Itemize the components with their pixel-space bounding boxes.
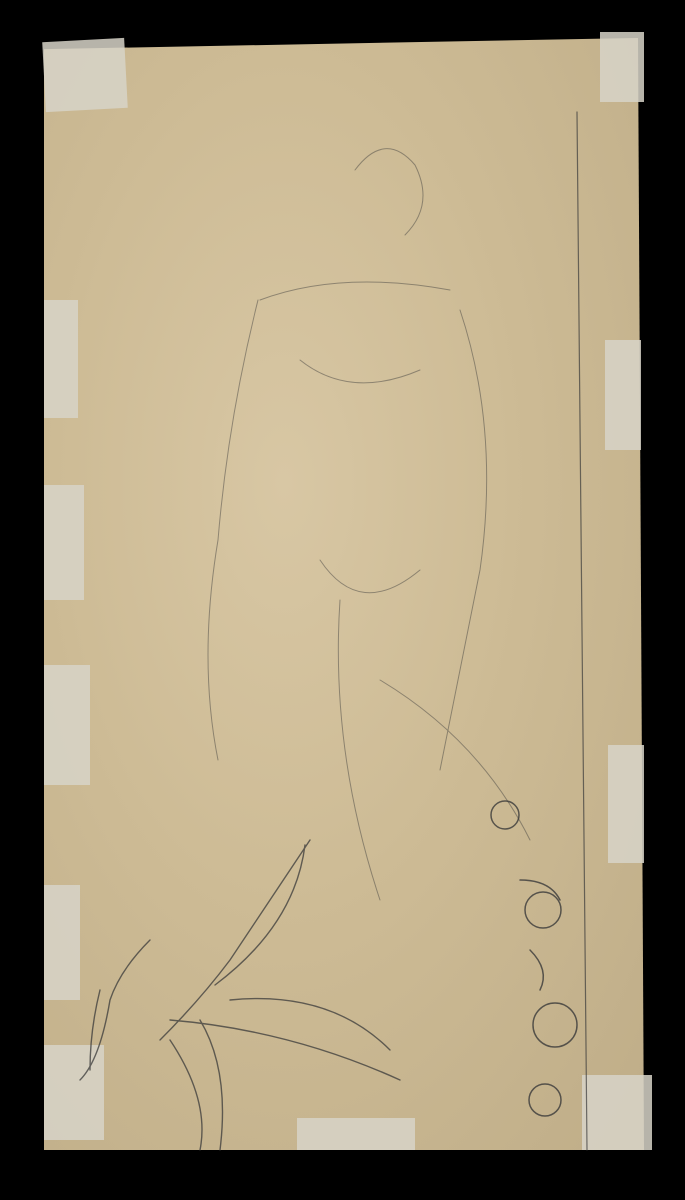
pencil-drawing [0, 0, 685, 1200]
